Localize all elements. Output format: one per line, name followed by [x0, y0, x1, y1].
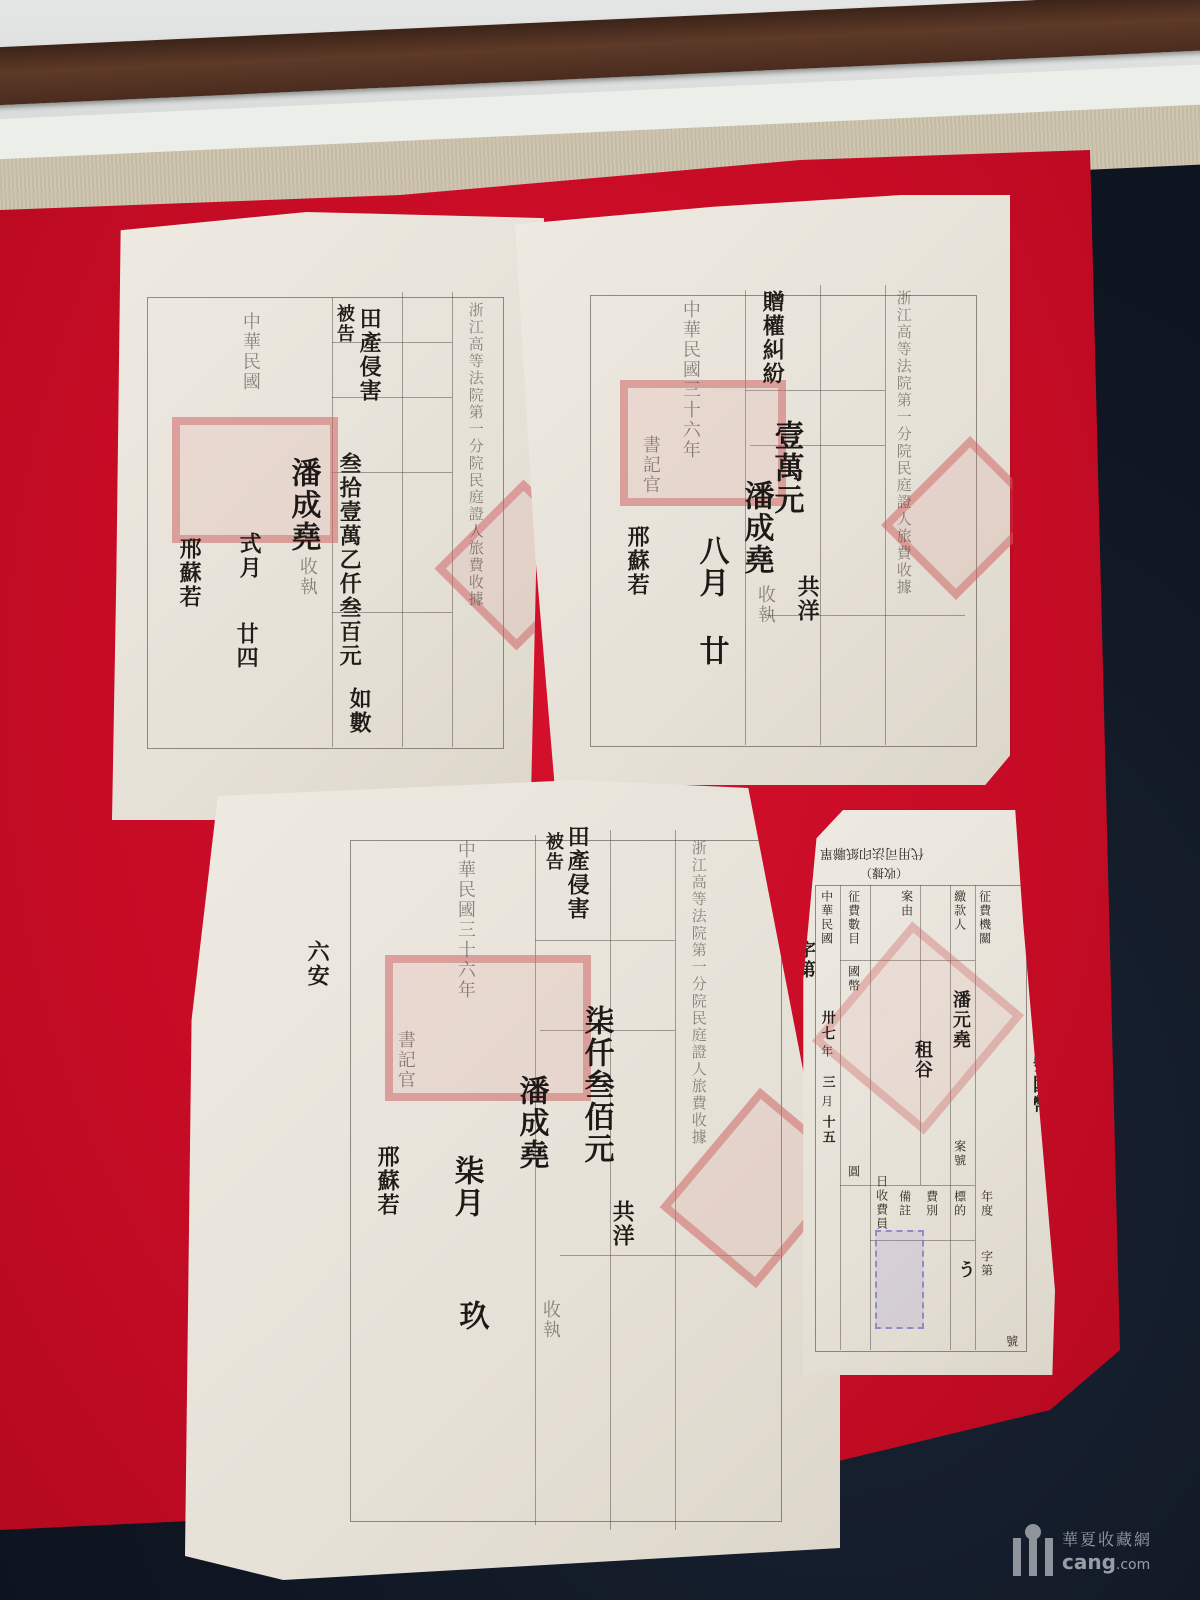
month-label: 月 — [820, 1095, 833, 1109]
field-hao: 號 — [1005, 1335, 1018, 1349]
field-remarks: 備註 — [898, 1190, 911, 1218]
field-cause: 案由 — [900, 890, 913, 918]
year-value: 卅七 — [820, 1010, 835, 1042]
party-label: 被告 — [334, 304, 353, 344]
month: 式月 — [237, 532, 260, 580]
red-seal — [385, 955, 591, 1101]
amount: 壹萬元 — [770, 420, 802, 516]
received-label: 收執 — [540, 1300, 559, 1340]
receipt-subtitle: （收據） — [860, 865, 908, 882]
date-prefix: 中華民國 — [240, 312, 259, 392]
subject-value: う — [955, 1260, 974, 1280]
clerk-label: 書記官 — [395, 1030, 414, 1090]
document-receipt-top-right: 浙江高等法院第一分院民庭證人旅費收據 贈權糾紛 壹萬元 共洋 潘成堯 收執 中華… — [515, 195, 1010, 785]
date-prefix: 中華民國三十六年 — [680, 300, 699, 460]
field-year: 年度 — [980, 1190, 993, 1218]
date-prefix: 中華民國三十六年 — [455, 840, 474, 1000]
printed-header: 浙江高等法院第一分院民庭證人旅費收據 — [690, 840, 706, 1146]
field-zi-di: 字第 — [980, 1250, 993, 1278]
field-subject: 標的 — [953, 1190, 966, 1218]
case-label: 田產侵害 — [357, 307, 380, 403]
field-roc: 中華民國 — [820, 890, 833, 946]
cang-logo-icon — [1010, 1524, 1056, 1576]
cause-value: 租谷 — [912, 1040, 931, 1080]
printed-header: 浙江高等法院第一分院民庭證人旅費收據 — [467, 302, 483, 608]
payer-name: 潘元堯 — [950, 990, 969, 1050]
day: 玖 — [455, 1300, 487, 1332]
received-label: 收執 — [297, 557, 316, 597]
received-label: 收執 — [755, 585, 774, 625]
field-amount: 征費數目 — [847, 890, 860, 946]
site-watermark: 華夏收藏網 cang.com — [1010, 1520, 1200, 1580]
recipient-name: 潘成堯 — [515, 1075, 547, 1171]
printed-header: 浙江高等法院第一分院民庭證人旅費收據 — [895, 290, 911, 596]
field-yuan: 圓 — [847, 1165, 860, 1179]
field-office: 征費機關 — [978, 890, 991, 946]
party-label: 被告 — [543, 832, 562, 872]
day-value: 十五 — [820, 1115, 834, 1145]
recipient-name: 潘成堯 — [740, 480, 772, 576]
day: 廿四 — [234, 622, 257, 670]
blue-stamp — [875, 1230, 924, 1329]
month: 柒月 — [450, 1155, 482, 1219]
amount-total: 共洋 — [795, 575, 818, 623]
year-label: 年 — [820, 1045, 833, 1059]
recipient-name: 潘成堯 — [287, 457, 319, 553]
field-collector: 日收費員 — [875, 1175, 888, 1231]
watermark-brand-en: cang.com — [1062, 1550, 1152, 1574]
clerk-label: 書記官 — [640, 435, 659, 495]
clerk-name: 邢蘇若 — [375, 1145, 398, 1217]
field-fee-type: 費別 — [925, 1190, 938, 1218]
document-receipt-top-left: 浙江高等法院第一分院民庭證人旅費收據 田產侵害 被告 叁拾壹萬乙仟叁百元 潘成堯… — [112, 212, 544, 820]
clerk-name: 邢蘇若 — [177, 537, 200, 609]
note: 如數 — [347, 687, 370, 735]
amount: 叁拾壹萬乙仟叁百元 — [337, 452, 360, 668]
field-currency: 國幣 — [847, 965, 860, 993]
clerk-name: 邢蘇若 — [625, 525, 648, 597]
amount-total: 共洋 — [610, 1200, 633, 1248]
side-note: 六安 — [305, 940, 328, 988]
day: 廿 — [695, 635, 727, 667]
watermark-brand-cn: 華夏收藏網 — [1062, 1527, 1152, 1550]
amount: 柒仟叁佰元 — [580, 1005, 612, 1165]
month: 八月 — [695, 535, 727, 599]
case-label: 田產侵害 — [565, 825, 588, 921]
document-judicial-stamp-receipt: 代用司法印紙聯單 （收據） 征費機關 繳款人 案由 征費數目 中華民國 國幣 圓… — [790, 810, 1055, 1375]
receipt-title: 代用司法印紙聯單 — [820, 845, 924, 864]
document-receipt-bottom-left: 浙江高等法院第一分院民庭證人旅費收據 田產侵害 被告 柒仟叁佰元 共洋 潘成堯 … — [185, 780, 840, 1580]
month-value: 三 — [820, 1075, 834, 1090]
field-payer: 繳款人 — [953, 890, 966, 932]
field-case-no: 案號 — [953, 1140, 966, 1168]
case-label: 贈權糾紛 — [760, 290, 783, 386]
